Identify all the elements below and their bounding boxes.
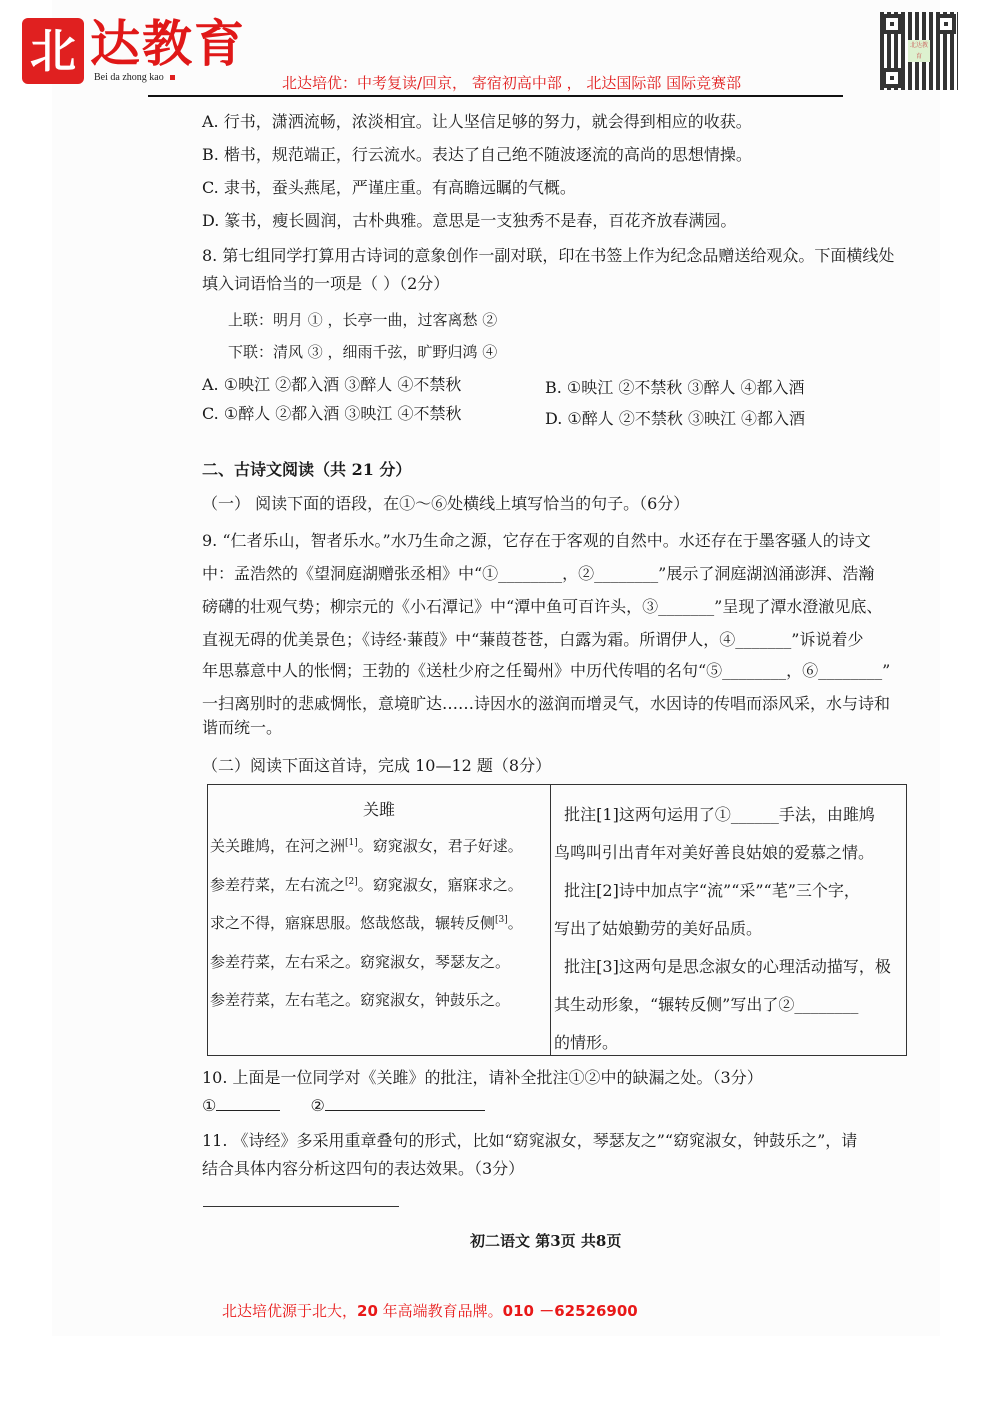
q7-option-d: D. 篆书，瘦长圆润，古朴典雅。意思是一支独秀不是春，百花齐放春满园。 [202, 211, 736, 231]
q9-line: 磅礴的壮观气势；柳宗元的《小石潭记》中“潭中鱼可百许头，③_______”呈现了… [202, 597, 882, 617]
annotation-line: 的情形。 [554, 1030, 618, 1053]
poem-line: 参差荇菜，左右流之[2]。窈窕淑女，寤寐求之。 [210, 874, 523, 895]
poem-line-text: 求之不得，寤寐思服。悠哉悠哉，辗转反侧 [210, 914, 495, 932]
qr-finder-icon [882, 14, 902, 34]
qr-code-icon: 北达教育 [880, 12, 958, 90]
logo-subtitle-text: Bei da zhong kao [94, 72, 164, 83]
q8-stem-line2: 填入词语恰当的一项是（ ）（2分） [202, 274, 449, 294]
header-tagline: 北达培优：中考复读/回京， 寄宿初高中部 ， 北达国际部 国际竞赛部 [282, 72, 741, 93]
table-divider [550, 785, 551, 1055]
annotation-line: 其生动形象，“辗转反侧”写出了②________ [554, 992, 858, 1015]
poem-table: 关雎 关关雎鸠，在河之洲[1]。窈窕淑女，君子好逑。 参差荇菜，左右流之[2]。… [207, 784, 907, 1056]
q8-option-a: A. ①映江 ②都入酒 ③醉人 ④不禁秋 [202, 375, 461, 395]
annotation-line: 写出了姑娘勤劳的美好品质。 [554, 916, 762, 939]
footnote-marker: [3] [495, 915, 508, 925]
red-square-icon [170, 75, 175, 80]
page-info: 初二语文 第3页 共8页 [470, 1230, 621, 1251]
header-divider [148, 95, 843, 97]
q11-line1: 11. 《诗经》多采用重章叠句的形式，比如“窈窕淑女，琴瑟友之”“窈窕淑女，钟鼓… [202, 1131, 857, 1151]
q9-line: 中：孟浩然的《望洞庭湖赠张丞相》中“①________，②________”展示… [202, 564, 874, 584]
logo-text: 达教育 [90, 14, 246, 74]
logo-subtitle: Bei da zhong kao [94, 72, 175, 83]
footnote-marker: [2] [345, 877, 358, 887]
brand-years: 20 [357, 1302, 378, 1320]
section2-title: 二、古诗文阅读（共 21 分） [202, 460, 411, 480]
q8-couplet-upper: 上联：明月 ① ，长亭一曲，过客离愁 ② [228, 310, 497, 330]
poem-line: 参差荇菜，左右芼之。窈窕淑女，钟鼓乐之。 [210, 989, 510, 1010]
poem-line: 求之不得，寤寐思服。悠哉悠哉，辗转反侧[3]。 [210, 912, 523, 933]
q8-couplet-lower: 下联：清风 ③ ，细雨千弦，旷野归鸿 ④ [228, 342, 497, 362]
poem-line: 关关雎鸠，在河之洲[1]。窈窕淑女，君子好逑。 [210, 835, 523, 856]
q10-answers: ① ② [202, 1094, 485, 1116]
brand-text: 年高端教育品牌。 [378, 1302, 503, 1320]
poem-line: 参差荇菜，左右采之。窈窕淑女，琴瑟友之。 [210, 951, 510, 972]
q9-line: 年思慕意中人的怅惘；王勃的《送杜少府之任蜀州》中历代传唱的名句“⑤_______… [202, 661, 890, 681]
part2-instruction: （二）阅读下面这首诗，完成 10—12 题（8分） [202, 756, 551, 776]
brand-text: 北达培优源于北大， [222, 1302, 357, 1320]
poem-line-text: 参差荇菜，左右流之 [210, 876, 345, 894]
answer-blank-1[interactable] [216, 1094, 280, 1111]
q8-option-c: C. ①醉人 ②都入酒 ③映江 ④不禁秋 [202, 404, 461, 424]
q8-option-b: B. ①映江 ②不禁秋 ③醉人 ④都入酒 [545, 378, 805, 398]
answer-line[interactable] [203, 1206, 399, 1207]
q9-line: 直视无碍的优美景色；《诗经·蒹葭》中“蒹葭苍苍，白露为霜。所谓伊人，④_____… [202, 630, 863, 650]
q7-option-a: A. 行书，潇洒流畅，浓淡相宜。让人坚信足够的努力，就会得到相应的收获。 [202, 112, 752, 132]
q8-option-d: D. ①醉人 ②不禁秋 ③映江 ④都入酒 [545, 409, 805, 429]
annotation-line: 批注[3]这两句是思念淑女的心理活动描写，极 [554, 954, 891, 977]
answer-blank-2[interactable] [325, 1094, 485, 1111]
logo-icon: 北 [22, 18, 84, 84]
poem-line-rest: 。窈窕淑女，君子好逑。 [358, 837, 523, 855]
q9-line: 一扫离别时的悲戚惆怅，意境旷达……诗因水的滋润而增灵气，水因诗的传唱而添风采，水… [202, 694, 890, 714]
q10-stem: 10. 上面是一位同学对《关雎》的批注，请补全批注①②中的缺漏之处。（3分） [202, 1068, 763, 1088]
q11-line2: 结合具体内容分析这四句的表达效果。（3分） [202, 1159, 524, 1179]
qr-center-logo: 北达教育 [908, 40, 930, 62]
poem-line-rest: 。 [508, 914, 523, 932]
annotation-line: 批注[2]诗中加点字“流”“采”“芼”三个字， [554, 878, 860, 901]
qr-finder-icon [882, 68, 902, 88]
annotation-line: 批注[1]这两句运用了①______手法，由雎鸠 [554, 802, 875, 825]
q8-stem-line1: 8. 第七组同学打算用古诗词的意象创作一副对联，印在书签上作为纪念品赠送给观众。… [202, 246, 894, 266]
blank2-label: ② [311, 1096, 325, 1115]
qr-finder-icon [936, 14, 956, 34]
footnote-marker: [1] [345, 838, 358, 848]
poem-title: 关雎 [208, 797, 550, 820]
brand-phone: 010 －62526900 [503, 1302, 638, 1320]
part1-instruction: （一） 阅读下面的语段，在①～⑥处横线上填写恰当的句子。（6分） [202, 494, 689, 514]
q9-line: 谐而统一。 [202, 718, 282, 738]
annotation-line: 鸟鸣叫引出青年对美好善良姑娘的爱慕之情。 [554, 840, 874, 863]
blank1-label: ① [202, 1096, 216, 1115]
footer-brand: 北达培优源于北大，20 年高端教育品牌。010 －62526900 [222, 1300, 638, 1321]
q9-line: 9. “仁者乐山，智者乐水。”水乃生命之源，它存在于客观的自然中。水还存在于墨客… [202, 531, 871, 551]
q7-option-b: B. 楷书，规范端正，行云流水。表达了自己绝不随波逐流的高尚的思想情操。 [202, 145, 752, 165]
q7-option-c: C. 隶书，蚕头燕尾，严谨庄重。有高瞻远瞩的气概。 [202, 178, 576, 198]
poem-line-rest: 。窈窕淑女，寤寐求之。 [358, 876, 523, 894]
poem-line-text: 关关雎鸠，在河之洲 [210, 837, 345, 855]
